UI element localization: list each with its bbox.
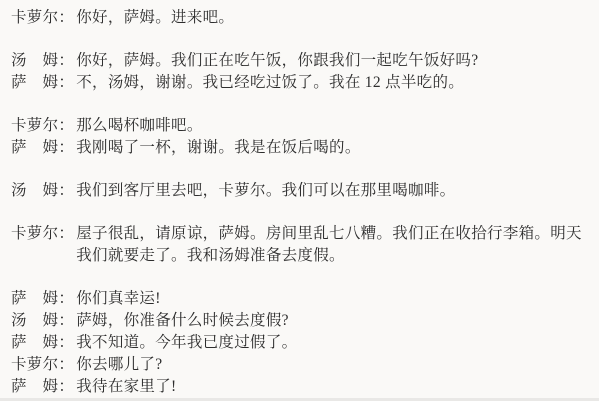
colon-separator: ：: [58, 310, 74, 332]
dialogue-text: 你去哪儿了?: [76, 354, 587, 376]
speaker-label: 萨 姆: [11, 72, 58, 94]
colon-separator: ：: [58, 332, 74, 354]
dialogue-block: 萨 姆：你们真幸运!汤 姆：萨姆，你准备什么时候去度假?萨 姆：我不知道。今年我…: [11, 288, 587, 398]
speaker-label: 萨 姆: [11, 332, 58, 354]
dialogue-text: 我们到客厅里去吧，卡萝尔。我们可以在那里喝咖啡。: [76, 180, 587, 202]
dialogue-text: 我刚喝了一杯，谢谢。我是在饭后喝的。: [76, 137, 587, 159]
dialogue-block: 卡萝尔：你好，萨姆。进来吧。: [11, 7, 587, 29]
speaker-label: 卡萝尔: [11, 7, 58, 29]
dialogue-line: 卡萝尔：屋子很乱，请原谅，萨姆。房间里乱七八糟。我们正在收拾行李箱。明天我们就要…: [11, 223, 587, 267]
dialogue-text: 你们真幸运!: [76, 288, 587, 310]
colon-separator: ：: [58, 115, 74, 137]
colon-separator: ：: [58, 288, 74, 310]
colon-separator: ：: [58, 50, 74, 72]
dialogue-block: 卡萝尔：屋子很乱，请原谅，萨姆。房间里乱七八糟。我们正在收拾行李箱。明天我们就要…: [11, 223, 587, 267]
dialogue-text: 我待在家里了!: [76, 376, 587, 398]
speaker-label: 卡萝尔: [11, 115, 58, 137]
dialogue-text: 我不知道。今年我已度过假了。: [76, 332, 587, 354]
dialogue-block: 汤 姆：你好，萨姆。我们正在吃午饭，你跟我们一起吃午饭好吗?萨 姆：不，汤姆，谢…: [11, 50, 587, 94]
speaker-label: 萨 姆: [11, 137, 58, 159]
colon-separator: ：: [58, 376, 74, 398]
speaker-label: 萨 姆: [11, 376, 58, 398]
dialogue-line: 卡萝尔：那么喝杯咖啡吧。: [11, 115, 587, 137]
speaker-label: 卡萝尔: [11, 354, 58, 376]
colon-separator: ：: [58, 72, 74, 94]
colon-separator: ：: [58, 354, 74, 376]
speaker-label: 汤 姆: [11, 180, 58, 202]
dialogue-line: 萨 姆：我不知道。今年我已度过假了。: [11, 332, 587, 354]
colon-separator: ：: [58, 7, 74, 29]
dialogue-line: 萨 姆：我刚喝了一杯，谢谢。我是在饭后喝的。: [11, 137, 587, 159]
colon-separator: ：: [58, 223, 74, 245]
colon-separator: ：: [58, 180, 74, 202]
speaker-label: 汤 姆: [11, 50, 58, 72]
dialogue-line: 萨 姆：不，汤姆，谢谢。我已经吃过饭了。我在 12 点半吃的。: [11, 72, 587, 94]
dialogue-text: 那么喝杯咖啡吧。: [76, 115, 587, 137]
dialogue-line: 萨 姆：我待在家里了!: [11, 376, 587, 398]
dialogue-line: 卡萝尔：你去哪儿了?: [11, 354, 587, 376]
dialogue-line: 汤 姆：你好，萨姆。我们正在吃午饭，你跟我们一起吃午饭好吗?: [11, 50, 587, 72]
dialogue-text: 你好，萨姆。我们正在吃午饭，你跟我们一起吃午饭好吗?: [76, 50, 587, 72]
dialogue-block: 汤 姆：我们到客厅里去吧，卡萝尔。我们可以在那里喝咖啡。: [11, 180, 587, 202]
dialogue-line: 卡萝尔：你好，萨姆。进来吧。: [11, 7, 587, 29]
speaker-label: 汤 姆: [11, 310, 58, 332]
speaker-label: 萨 姆: [11, 288, 58, 310]
dialogue-text: 不，汤姆，谢谢。我已经吃过饭了。我在 12 点半吃的。: [76, 72, 587, 94]
speaker-label: 卡萝尔: [11, 223, 58, 245]
dialogue: 卡萝尔：你好，萨姆。进来吧。汤 姆：你好，萨姆。我们正在吃午饭，你跟我们一起吃午…: [11, 7, 587, 398]
dialogue-text: 你好，萨姆。进来吧。: [76, 7, 587, 29]
document-page: 卡萝尔：你好，萨姆。进来吧。汤 姆：你好，萨姆。我们正在吃午饭，你跟我们一起吃午…: [0, 0, 599, 401]
dialogue-text: 屋子很乱，请原谅，萨姆。房间里乱七八糟。我们正在收拾行李箱。明天我们就要走了。我…: [76, 223, 587, 267]
colon-separator: ：: [58, 137, 74, 159]
dialogue-block: 卡萝尔：那么喝杯咖啡吧。萨 姆：我刚喝了一杯，谢谢。我是在饭后喝的。: [11, 115, 587, 159]
dialogue-line: 汤 姆：我们到客厅里去吧，卡萝尔。我们可以在那里喝咖啡。: [11, 180, 587, 202]
dialogue-line: 萨 姆：你们真幸运!: [11, 288, 587, 310]
dialogue-line: 汤 姆：萨姆，你准备什么时候去度假?: [11, 310, 587, 332]
dialogue-text: 萨姆，你准备什么时候去度假?: [76, 310, 587, 332]
